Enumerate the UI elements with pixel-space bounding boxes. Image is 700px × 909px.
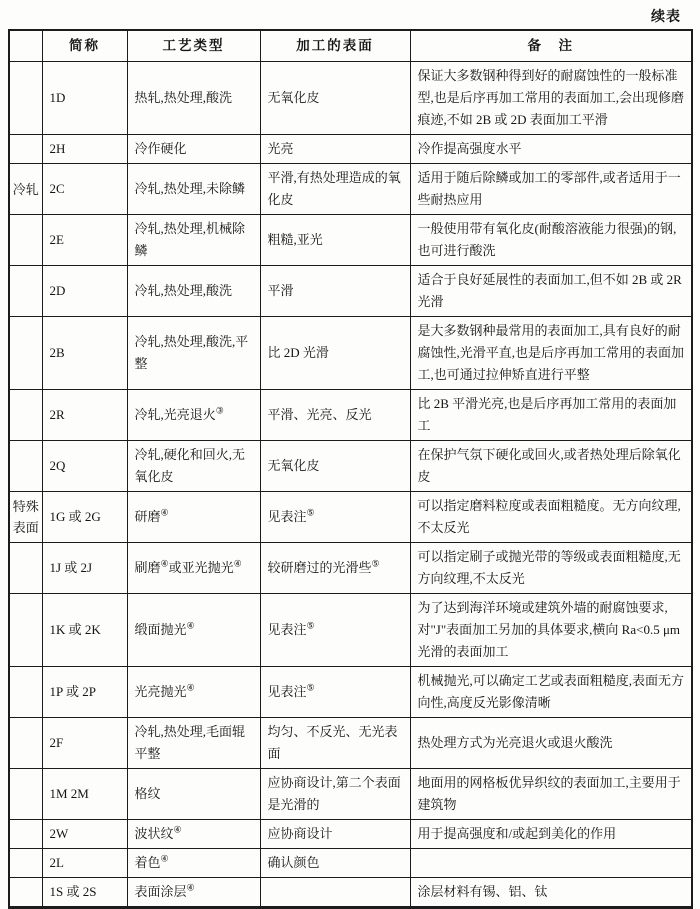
header-surface: 加工的表面: [260, 30, 410, 62]
code-cell: 1J 或 2J: [42, 543, 127, 594]
process-cell: 冷作硬化: [127, 135, 260, 164]
scanned-document-page: 续表 简称 工艺类型 加工的表面 备 注 1D 热轧,热处理,酸洗 无氧化皮 保…: [0, 0, 700, 909]
remark-cell: 机械抛光,可以确定工艺或表面粗糙度,表面无方向性,高度反光影像清晰: [410, 667, 692, 718]
surface-cell: 见表注⑤: [260, 667, 410, 718]
surface-finish-table-body: 1D 热轧,热处理,酸洗 无氧化皮 保证大多数钢种得到好的耐腐蚀性的一般标准型,…: [9, 62, 692, 908]
surface-cell: 应协商设计: [260, 820, 410, 849]
group-cell: [9, 390, 42, 441]
group-cell: 特殊表面: [9, 492, 42, 543]
process-cell: 冷轧,热处理,未除鳞: [127, 164, 260, 215]
process-cell: 冷轧,热处理,酸洗,平整: [127, 317, 260, 390]
table-row: 2H 冷作硬化 光亮 冷作提高强度水平: [9, 135, 692, 164]
code-cell: 2H: [42, 135, 127, 164]
process-cell: 冷轧,热处理,毛面辊平整: [127, 718, 260, 769]
process-cell: 冷轧,硬化和回火,无氧化皮: [127, 441, 260, 492]
table-row: 2Q 冷轧,硬化和回火,无氧化皮 无氧化皮 在保护气氛下硬化或回火,或者热处理后…: [9, 441, 692, 492]
group-cell: [9, 62, 42, 135]
group-cell: [9, 769, 42, 820]
code-cell: 2Q: [42, 441, 127, 492]
code-cell: 1M 2M: [42, 769, 127, 820]
table-row: 1J 或 2J 刷磨④或亚光抛光④ 较研磨过的光滑些⑤ 可以指定刷子或抛光带的等…: [9, 543, 692, 594]
code-cell: 1P 或 2P: [42, 667, 127, 718]
surface-cell: 粗糙,亚光: [260, 215, 410, 266]
surface-cell: 无氧化皮: [260, 62, 410, 135]
code-cell: 2E: [42, 215, 127, 266]
group-cell: [9, 266, 42, 317]
surface-cell: [260, 878, 410, 908]
table-row: 1S 或 2S 表面涂层④ 涂层材料有锡、铝、钛: [9, 878, 692, 908]
process-cell: 冷轧,热处理,机械除鳞: [127, 215, 260, 266]
group-cell: [9, 543, 42, 594]
group-cell: [9, 441, 42, 492]
group-cell: [9, 878, 42, 908]
table-row: 2L 着色④ 确认颜色: [9, 849, 692, 878]
code-cell: 1S 或 2S: [42, 878, 127, 908]
group-cell: [9, 820, 42, 849]
surface-cell: 平滑、光亮、反光: [260, 390, 410, 441]
group-cell: [9, 317, 42, 390]
group-cell: [9, 594, 42, 667]
table-row: 2W 波状纹④ 应协商设计 用于提高强度和/或起到美化的作用: [9, 820, 692, 849]
process-cell: 着色④: [127, 849, 260, 878]
code-cell: 2B: [42, 317, 127, 390]
code-cell: 1D: [42, 62, 127, 135]
remark-cell: [410, 849, 692, 878]
header-row: 简称 工艺类型 加工的表面 备 注: [9, 30, 692, 62]
surface-cell: 比 2D 光滑: [260, 317, 410, 390]
remark-cell: 热处理方式为光亮退火或退火酸洗: [410, 718, 692, 769]
surface-cell: 确认颜色: [260, 849, 410, 878]
remark-cell: 比 2B 平滑光亮,也是后序再加工常用的表面加工: [410, 390, 692, 441]
surface-cell: 无氧化皮: [260, 441, 410, 492]
remark-cell: 适用于随后除鳞或加工的零部件,或者适用于一些耐热应用: [410, 164, 692, 215]
surface-finish-table: 简称 工艺类型 加工的表面 备 注 1D 热轧,热处理,酸洗 无氧化皮 保证大多…: [8, 29, 693, 909]
process-cell: 光亮抛光④: [127, 667, 260, 718]
code-cell: 2L: [42, 849, 127, 878]
table-row: 2D 冷轧,热处理,酸洗 平滑 适合于良好延展性的表面加工,但不如 2B 或 2…: [9, 266, 692, 317]
table-row: 2F 冷轧,热处理,毛面辊平整 均匀、不反光、无光表面 热处理方式为光亮退火或退…: [9, 718, 692, 769]
remark-cell: 是大多数钢种最常用的表面加工,具有良好的耐腐蚀性,光滑平直,也是后序再加工常用的…: [410, 317, 692, 390]
code-cell: 1K 或 2K: [42, 594, 127, 667]
code-cell: 2F: [42, 718, 127, 769]
surface-cell: 应协商设计,第二个表面是光滑的: [260, 769, 410, 820]
remark-cell: 冷作提高强度水平: [410, 135, 692, 164]
table-row: 2R 冷轧,光亮退火③ 平滑、光亮、反光 比 2B 平滑光亮,也是后序再加工常用…: [9, 390, 692, 441]
remark-cell: 保证大多数钢种得到好的耐腐蚀性的一般标准型,也是后序再加工常用的表面加工,会出现…: [410, 62, 692, 135]
table-row: 1M 2M 格纹 应协商设计,第二个表面是光滑的 地面用的网格板优异织纹的表面加…: [9, 769, 692, 820]
header-group: [9, 30, 42, 62]
code-cell: 2W: [42, 820, 127, 849]
group-cell: [9, 718, 42, 769]
process-cell: 冷轧,热处理,酸洗: [127, 266, 260, 317]
surface-cell: 平滑: [260, 266, 410, 317]
group-cell: [9, 215, 42, 266]
table-row: 1D 热轧,热处理,酸洗 无氧化皮 保证大多数钢种得到好的耐腐蚀性的一般标准型,…: [9, 62, 692, 135]
code-cell: 1G 或 2G: [42, 492, 127, 543]
remark-cell: 用于提高强度和/或起到美化的作用: [410, 820, 692, 849]
header-remark: 备 注: [410, 30, 692, 62]
remark-cell: 为了达到海洋环境或建筑外墙的耐腐蚀要求,对"J"表面加工另加的具体要求,横向 R…: [410, 594, 692, 667]
group-cell: [9, 849, 42, 878]
table-row: 特殊表面 1G 或 2G 研磨④ 见表注⑤ 可以指定磨料粒度或表面粗糙度。无方向…: [9, 492, 692, 543]
process-cell: 研磨④: [127, 492, 260, 543]
header-code: 简称: [42, 30, 127, 62]
group-cell: [9, 667, 42, 718]
remark-cell: 在保护气氛下硬化或回火,或者热处理后除氧化皮: [410, 441, 692, 492]
table-continuation-label: 续表: [8, 5, 693, 29]
remark-cell: 可以指定磨料粒度或表面粗糙度。无方向纹理,不太反光: [410, 492, 692, 543]
surface-cell: 均匀、不反光、无光表面: [260, 718, 410, 769]
surface-cell: 光亮: [260, 135, 410, 164]
group-cell: 冷轧: [9, 164, 42, 215]
process-cell: 波状纹④: [127, 820, 260, 849]
table-row: 2E 冷轧,热处理,机械除鳞 粗糙,亚光 一般使用带有氧化皮(耐酸溶液能力很强)…: [9, 215, 692, 266]
table-row: 冷轧 2C 冷轧,热处理,未除鳞 平滑,有热处理造成的氧化皮 适用于随后除鳞或加…: [9, 164, 692, 215]
header-process: 工艺类型: [127, 30, 260, 62]
process-cell: 缎面抛光④: [127, 594, 260, 667]
remark-cell: 地面用的网格板优异织纹的表面加工,主要用于建筑物: [410, 769, 692, 820]
process-cell: 格纹: [127, 769, 260, 820]
remark-cell: 一般使用带有氧化皮(耐酸溶液能力很强)的钢,也可进行酸洗: [410, 215, 692, 266]
surface-cell: 见表注⑤: [260, 594, 410, 667]
group-cell: [9, 135, 42, 164]
code-cell: 2C: [42, 164, 127, 215]
surface-cell: 见表注⑤: [260, 492, 410, 543]
surface-cell: 平滑,有热处理造成的氧化皮: [260, 164, 410, 215]
process-cell: 热轧,热处理,酸洗: [127, 62, 260, 135]
table-row: 2B 冷轧,热处理,酸洗,平整 比 2D 光滑 是大多数钢种最常用的表面加工,具…: [9, 317, 692, 390]
process-cell: 表面涂层④: [127, 878, 260, 908]
table-row: 1K 或 2K 缎面抛光④ 见表注⑤ 为了达到海洋环境或建筑外墙的耐腐蚀要求,对…: [9, 594, 692, 667]
remark-cell: 适合于良好延展性的表面加工,但不如 2B 或 2R 光滑: [410, 266, 692, 317]
table-row: 1P 或 2P 光亮抛光④ 见表注⑤ 机械抛光,可以确定工艺或表面粗糙度,表面无…: [9, 667, 692, 718]
process-cell: 刷磨④或亚光抛光④: [127, 543, 260, 594]
remark-cell: 可以指定刷子或抛光带的等级或表面粗糙度,无方向纹理,不太反光: [410, 543, 692, 594]
remark-cell: 涂层材料有锡、铝、钛: [410, 878, 692, 908]
process-cell: 冷轧,光亮退火③: [127, 390, 260, 441]
code-cell: 2D: [42, 266, 127, 317]
code-cell: 2R: [42, 390, 127, 441]
surface-cell: 较研磨过的光滑些⑤: [260, 543, 410, 594]
